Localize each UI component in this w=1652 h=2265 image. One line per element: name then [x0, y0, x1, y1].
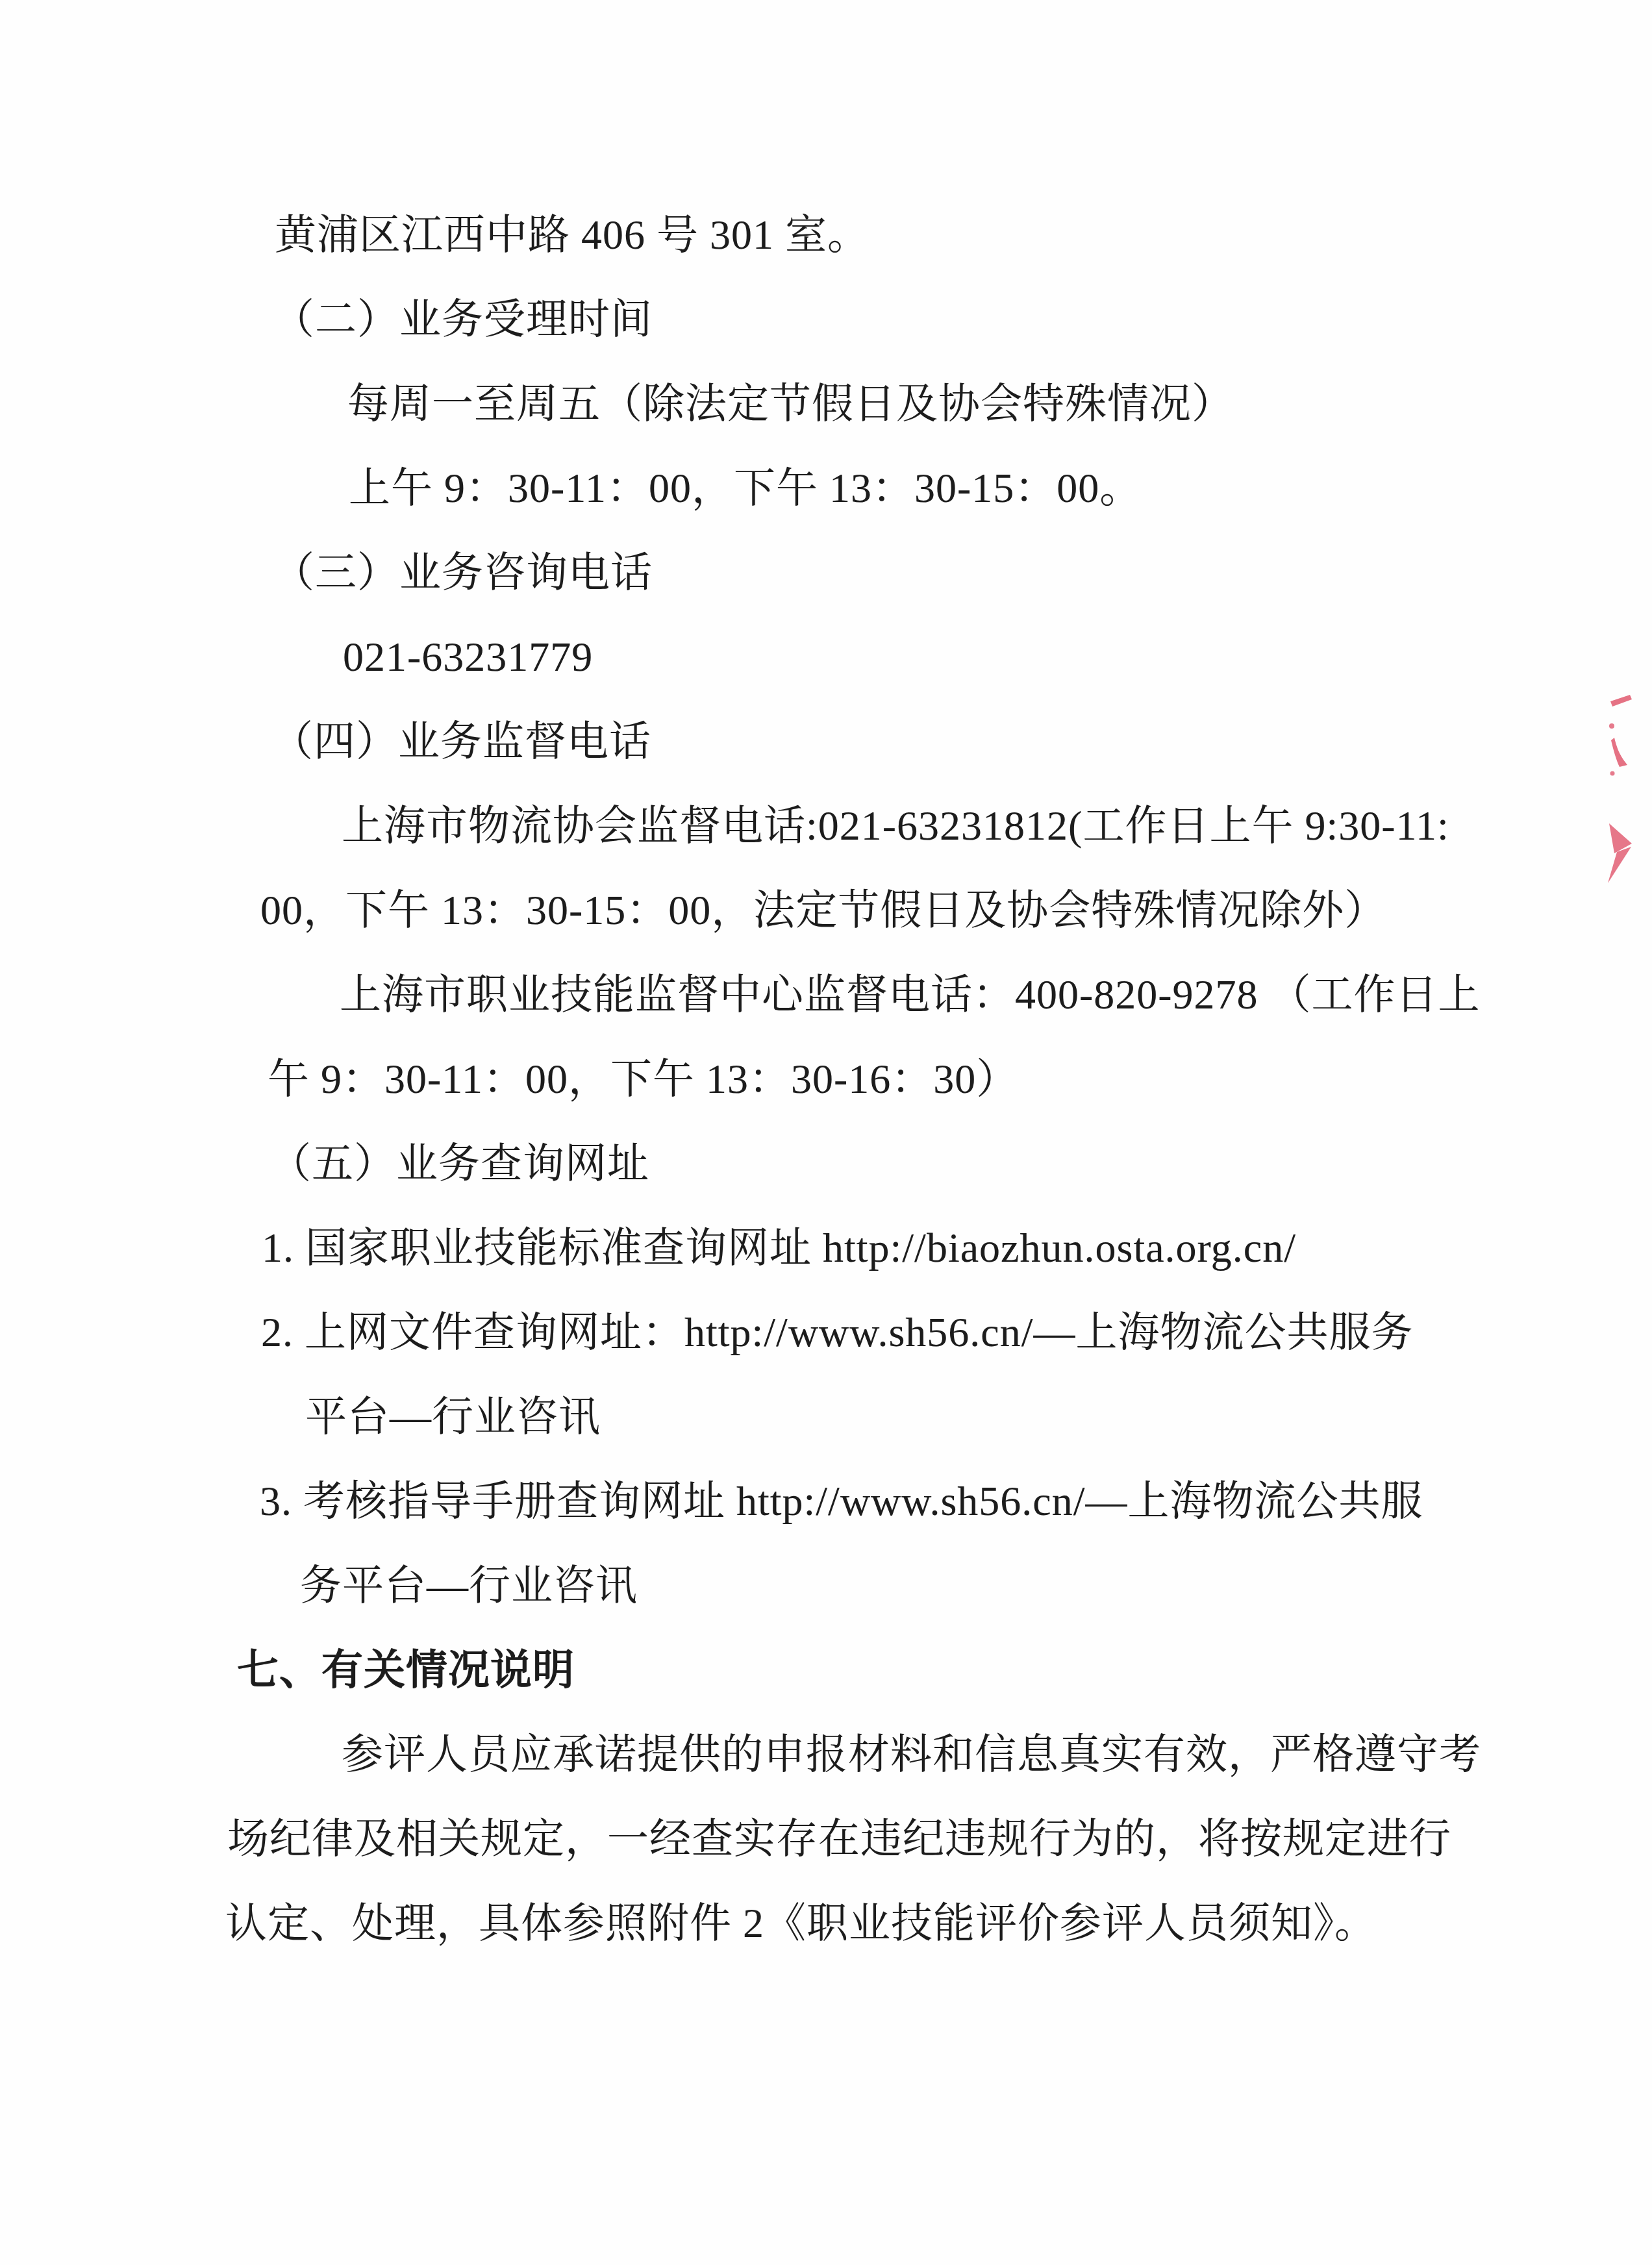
service-hours-times: 上午 9：30-11：00，下午 13：30-15：00。 [0, 446, 1652, 531]
red-dot-mark-2 [1610, 771, 1615, 776]
section-heading-3: （三）业务咨询电话 [0, 531, 1652, 615]
consult-phone-number: 021-63231779 [0, 615, 1652, 699]
note-paragraph-line3: 认定、处理，具体参照附件 2《职业技能评价参评人员须知》。 [0, 1881, 1652, 1966]
address-line: 黄浦区江西中路 406 号 301 室。 [0, 193, 1652, 277]
red-dash-mark [1610, 695, 1632, 707]
note-paragraph-line2: 场纪律及相关规定，一经查实存在违纪违规行为的，将按规定进行 [0, 1797, 1652, 1881]
url-item-3-line1: 3. 考核指导手册查询网址 http://www.sh56.cn/—上海物流公共… [0, 1459, 1652, 1544]
supervision-phone-logistics-line1: 上海市物流协会监督电话:021-63231812(工作日上午 9:30-11: [0, 784, 1652, 868]
url-item-3-line2: 务平台—行业咨讯 [0, 1544, 1652, 1628]
red-chevron-mark [1608, 823, 1632, 883]
note-paragraph-line1: 参评人员应承诺提供的申报材料和信息真实有效，严格遵守考 [0, 1712, 1652, 1797]
red-ink-marks [1597, 682, 1652, 896]
section-heading-2: （二）业务受理时间 [0, 277, 1652, 362]
document-text-block: 黄浦区江西中路 406 号 301 室。 （二）业务受理时间 每周一至周五（除法… [0, 193, 1652, 1966]
service-hours-days: 每周一至周五（除法定节假日及协会特殊情况） [0, 362, 1652, 446]
url-item-2-line2: 平台—行业咨讯 [0, 1375, 1652, 1459]
supervision-phone-center-line1: 上海市职业技能监督中心监督电话：400-820-9278 （工作日上 [0, 953, 1652, 1037]
red-hook-mark [1611, 738, 1627, 767]
section-heading-5: （五）业务查询网址 [0, 1121, 1652, 1206]
red-dot-mark [1609, 723, 1614, 729]
scanned-document-page: 黄浦区江西中路 406 号 301 室。 （二）业务受理时间 每周一至周五（除法… [0, 0, 1652, 2265]
url-item-2-line1: 2. 上网文件查询网址：http://www.sh56.cn/—上海物流公共服务 [0, 1290, 1652, 1375]
supervision-phone-center-line2: 午 9：30-11：00，下午 13：30-16：30） [0, 1037, 1652, 1121]
section-heading-4: （四）业务监督电话 [0, 699, 1652, 784]
url-item-1: 1. 国家职业技能标准查询网址 http://biaozhun.osta.org… [0, 1206, 1652, 1290]
section-heading-7: 七、有关情况说明 [0, 1628, 1652, 1712]
supervision-phone-logistics-line2: 00，下午 13：30-15：00，法定节假日及协会特殊情况除外） [0, 868, 1652, 953]
